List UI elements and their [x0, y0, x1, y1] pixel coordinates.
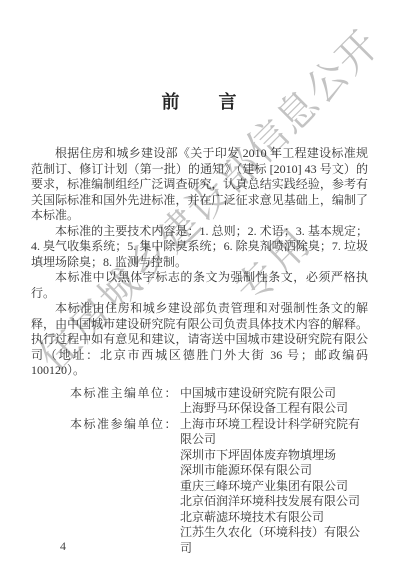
- credit-value: 重庆三峰环境产业集团有限公司: [180, 479, 368, 495]
- credit-value: 中国城市建设研究院有限公司: [180, 386, 368, 402]
- credit-value: 上海野马环保设备工程有限公司: [180, 401, 368, 417]
- credits: 本标准主编单位：中国城市建设研究院有限公司上海野马环保设备工程有限公司本标准参编…: [31, 386, 368, 557]
- page-title: 前 言: [31, 88, 368, 110]
- document-page: 住房城乡建设部信息公开 专用 前 言 根据住房和城乡建设部《关于印发 2010 …: [0, 0, 400, 579]
- credit-value: 北京佰润洋环境科技发展有限公司: [180, 494, 368, 510]
- credit-value: 上海市环境工程设计科学研究院有限公司: [180, 417, 368, 448]
- credit-value: 北京蕲滤环境技术有限公司: [180, 510, 368, 526]
- paragraph: 本标准中以黑体字标志的条文为强制性条文，必须严格执行。: [31, 270, 368, 301]
- credit-row: 本标准主编单位：中国城市建设研究院有限公司上海野马环保设备工程有限公司: [31, 386, 368, 417]
- paragraph: 本标准的主要技术内容是：1. 总则；2. 术语；3. 基本规定；4. 臭气收集系…: [31, 224, 368, 271]
- page-number: 4: [60, 539, 66, 554]
- paragraph: 本标准由住房和城乡建设部负责管理和对强制性条文的解释，由中国城市建设研究院有限公…: [31, 301, 368, 379]
- credit-values: 上海市环境工程设计科学研究院有限公司深圳市下坪固体废弃物填埋场深圳市能源环保有限…: [180, 417, 368, 557]
- page-content: 前 言 根据住房和城乡建设部《关于印发 2010 年工程建设标准规范制订、修订计…: [31, 0, 368, 556]
- credit-label: 本标准参编单位：: [70, 417, 180, 433]
- paragraphs: 根据住房和城乡建设部《关于印发 2010 年工程建设标准规范制订、修订计划（第一…: [31, 146, 368, 379]
- credit-label: 本标准主编单位：: [70, 386, 180, 402]
- credit-value: 江苏生久农化（环境科技）有限公司: [180, 525, 368, 556]
- paragraph: 根据住房和城乡建设部《关于印发 2010 年工程建设标准规范制订、修订计划（第一…: [31, 146, 368, 224]
- credit-value: 深圳市能源环保有限公司: [180, 463, 368, 479]
- credit-values: 中国城市建设研究院有限公司上海野马环保设备工程有限公司: [180, 386, 368, 417]
- credit-row: 本标准参编单位：上海市环境工程设计科学研究院有限公司深圳市下坪固体废弃物填埋场深…: [31, 417, 368, 557]
- credit-value: 深圳市下坪固体废弃物填埋场: [180, 448, 368, 464]
